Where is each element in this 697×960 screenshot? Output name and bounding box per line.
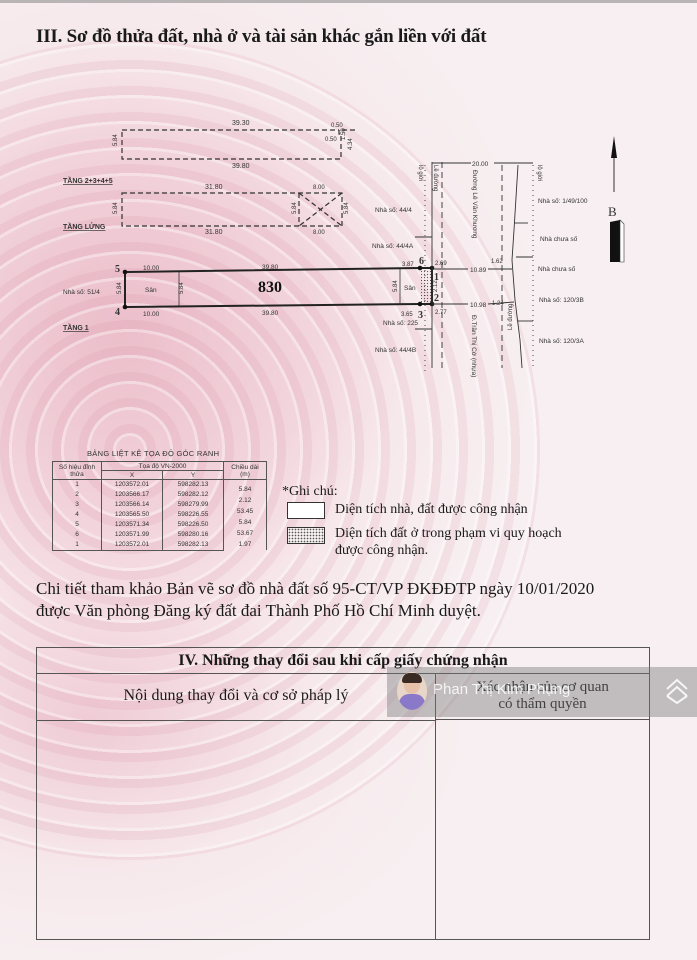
poster-name[interactable]: Phan Thị Kim Phụng — [433, 681, 570, 698]
header-x: X — [102, 471, 163, 480]
svg-text:Nhà số: 1/49/100: Nhà số: 1/49/100 — [538, 196, 588, 205]
svg-text:Nhà số: 225: Nhà số: 225 — [383, 318, 418, 327]
planning-zone-area — [421, 270, 431, 303]
header-y: Y — [163, 471, 224, 480]
svg-text:4: 4 — [115, 307, 120, 318]
svg-text:6: 6 — [419, 256, 424, 267]
svg-text:Nhà số: 44/4A: Nhà số: 44/4A — [372, 241, 414, 250]
header-point: Số hiệu đỉnh thửa — [53, 462, 102, 480]
svg-text:8.00: 8.00 — [313, 185, 325, 191]
svg-text:Lề đường: Lề đường — [432, 165, 438, 191]
svg-text:39.80: 39.80 — [232, 163, 250, 170]
svg-text:10.98: 10.98 — [470, 302, 487, 309]
svg-text:Đường Lê Văn Khương: Đường Lê Văn Khương — [471, 170, 478, 239]
svg-text:5.84: 5.84 — [113, 134, 119, 146]
floor-upper-outline — [122, 130, 355, 159]
svg-text:Đ.Trần Thị Cờ (nhựa): Đ.Trần Thị Cờ (nhựa) — [470, 315, 479, 377]
legend-text-planning: Diện tích đất ở trong phạm vi quy hoạch — [335, 526, 562, 542]
svg-text:1.24: 1.24 — [492, 301, 504, 307]
svg-text:0.50: 0.50 — [331, 123, 343, 129]
svg-text:B: B — [608, 204, 617, 219]
svg-text:4.34: 4.34 — [348, 138, 354, 150]
legend-swatch-recognized — [287, 502, 325, 519]
svg-text:39.80: 39.80 — [262, 310, 279, 317]
svg-text:2.77: 2.77 — [435, 310, 447, 316]
svg-text:Lề đường: Lề đường — [508, 304, 514, 330]
svg-text:31.80: 31.80 — [205, 184, 223, 191]
svg-text:3: 3 — [418, 310, 423, 321]
svg-text:TẦNG 1: TẦNG 1 — [63, 322, 89, 332]
svg-text:TẦNG LỬNG: TẦNG LỬNG — [63, 221, 106, 231]
svg-text:5.84: 5.84 — [344, 202, 350, 214]
legend-text-planning-2: được công nhận. — [335, 543, 428, 559]
svg-text:Sân: Sân — [404, 285, 416, 292]
svg-text:lộ giới: lộ giới — [536, 165, 542, 181]
coord-lengths: 5.842.1253.455.8453.671.97 — [224, 480, 267, 551]
legend-text-recognized: Diện tích nhà, đất được công nhận — [335, 502, 528, 518]
svg-text:Sân: Sân — [145, 287, 157, 294]
svg-text:TẦNG 2+3+4+5: TẦNG 2+3+4+5 — [63, 175, 113, 185]
site-plan-drawing: 39.30 39.80 5.84 0.50 0.50 1.50 4.34 31.… — [0, 0, 697, 440]
svg-text:0.50: 0.50 — [325, 137, 337, 143]
svg-text:8.00: 8.00 — [313, 230, 325, 236]
svg-text:39.80: 39.80 — [262, 264, 279, 271]
svg-text:3.87: 3.87 — [402, 262, 414, 268]
north-bar-icon — [610, 220, 624, 262]
reference-line-2: được Văn phòng Đăng ký đất đai Thành Phố… — [36, 600, 686, 622]
svg-text:Nhà chưa số: Nhà chưa số — [540, 234, 578, 243]
floor-mezz-outline — [122, 193, 342, 226]
svg-text:Nhà chưa số: Nhà chưa số — [538, 264, 576, 273]
svg-text:1.62: 1.62 — [491, 259, 503, 265]
svg-text:39.30: 39.30 — [232, 120, 250, 127]
brand-logo-icon[interactable] — [664, 677, 690, 705]
svg-text:31.80: 31.80 — [205, 229, 223, 236]
coord-table: Số hiệu đỉnh thửa Tọa độ VN-2000 Chiều d… — [52, 461, 267, 551]
reference-line-1: Chi tiết tham khảo Bản vẽ sơ đồ nhà đất … — [36, 578, 686, 600]
svg-text:1: 1 — [434, 272, 439, 283]
north-arrow-icon — [611, 136, 617, 192]
poster-avatar[interactable] — [397, 672, 427, 710]
svg-text:2.69: 2.69 — [435, 261, 447, 267]
svg-text:5.84: 5.84 — [179, 282, 185, 294]
svg-text:5.84: 5.84 — [292, 202, 298, 214]
svg-text:830: 830 — [258, 279, 282, 296]
coord-table-title: BẢNG LIỆT KÊ TỌA ĐỘ GÓC RANH — [87, 449, 219, 458]
legend-title: *Ghi chú: — [282, 484, 338, 500]
svg-text:Nhà số: 51/4: Nhà số: 51/4 — [63, 287, 100, 296]
svg-text:3.65: 3.65 — [401, 312, 413, 318]
svg-text:10.89: 10.89 — [470, 267, 487, 274]
svg-text:Nhà số: 44/4B: Nhà số: 44/4B — [375, 345, 416, 354]
column-divider — [435, 720, 436, 939]
column-header-changes: Nội dung thay đổi và cơ sở pháp lý — [37, 674, 436, 721]
svg-text:Nhà số: 44/4: Nhà số: 44/4 — [375, 205, 412, 214]
coord-table-row: 11203572.01598282.135.842.1253.455.8453.… — [53, 480, 267, 490]
svg-text:5.84: 5.84 — [113, 202, 119, 214]
svg-text:lộ giới: lộ giới — [417, 165, 423, 181]
svg-text:5.84: 5.84 — [393, 280, 399, 292]
svg-text:1.50: 1.50 — [341, 128, 347, 140]
svg-text:Nhà số: 120/3A: Nhà số: 120/3A — [539, 336, 584, 345]
svg-text:10.00: 10.00 — [143, 311, 160, 318]
svg-text:5: 5 — [115, 264, 120, 275]
svg-text:20.00: 20.00 — [472, 161, 489, 168]
svg-text:10.00: 10.00 — [143, 265, 160, 272]
svg-text:5.84: 5.84 — [117, 282, 123, 294]
svg-text:2: 2 — [434, 293, 439, 304]
svg-text:Nhà số: 120/3B: Nhà số: 120/3B — [539, 295, 584, 304]
reference-note: Chi tiết tham khảo Bản vẽ sơ đồ nhà đất … — [36, 578, 686, 622]
header-length: Chiều dài (m) — [224, 462, 267, 480]
header-system: Tọa độ VN-2000 — [102, 462, 224, 471]
legend-swatch-planning — [287, 527, 325, 544]
